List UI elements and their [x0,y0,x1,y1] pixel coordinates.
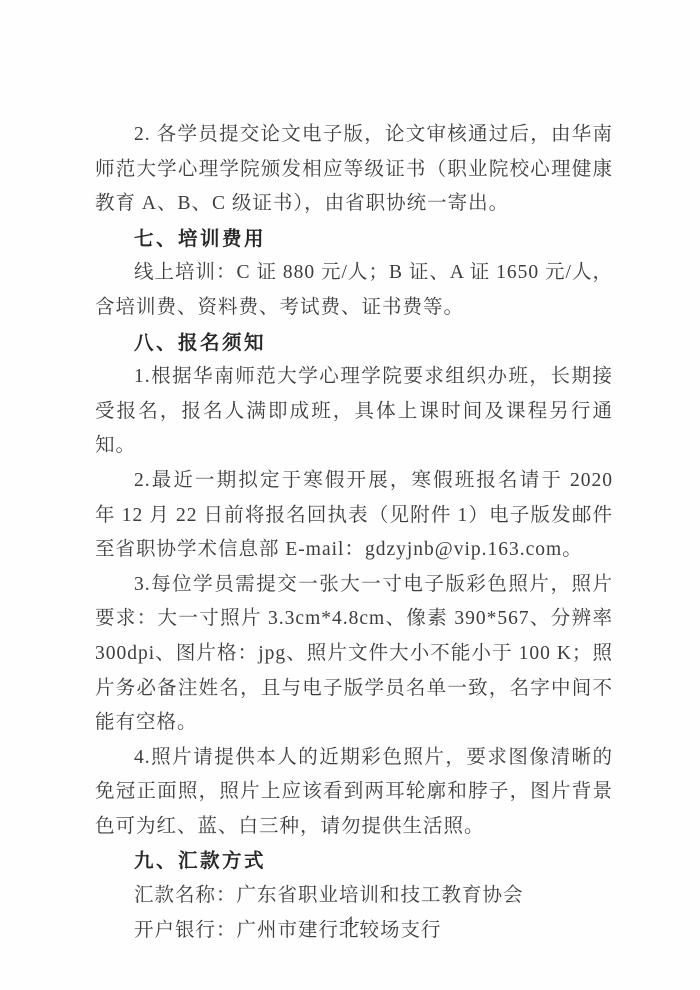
section-heading: 八、报名须知 [95,326,613,361]
paragraph: 2. 各学员提交论文电子版，论文审核通过后，由华南师范大学心理学院颁发相应等级证… [95,118,613,222]
paragraph: 2.最近一期拟定于寒假开展，寒假班报名请于 2020 年 12 月 22 日前将… [95,464,613,568]
paragraph: 线上培训：C 证 880 元/人；B 证、A 证 1650 元/人，含培训费、资… [95,256,613,325]
paragraph: 4.照片请提供本人的近期彩色照片，要求图像清晰的免冠正面照，照片上应该看到两耳轮… [95,741,613,845]
paragraph: 3.每位学员需提交一张大一寸电子版彩色照片，照片要求：大一寸照片 3.3cm*4… [95,568,613,741]
section-heading: 九、汇款方式 [95,844,613,879]
paragraph: 1.根据华南师范大学心理学院要求组织办班，长期接受报名，报名人满即成班，具体上课… [95,360,613,464]
page-footer: -4- [0,913,700,931]
document-page: 2. 各学员提交论文电子版，论文审核通过后，由华南师范大学心理学院颁发相应等级证… [0,0,700,990]
paragraph: 汇款名称：广东省职业培训和技工教育协会 [95,879,613,914]
page-number: -4- [340,914,361,930]
section-heading: 七、培训费用 [95,222,613,257]
document-content: 2. 各学员提交论文电子版，论文审核通过后，由华南师范大学心理学院颁发相应等级证… [95,118,613,948]
